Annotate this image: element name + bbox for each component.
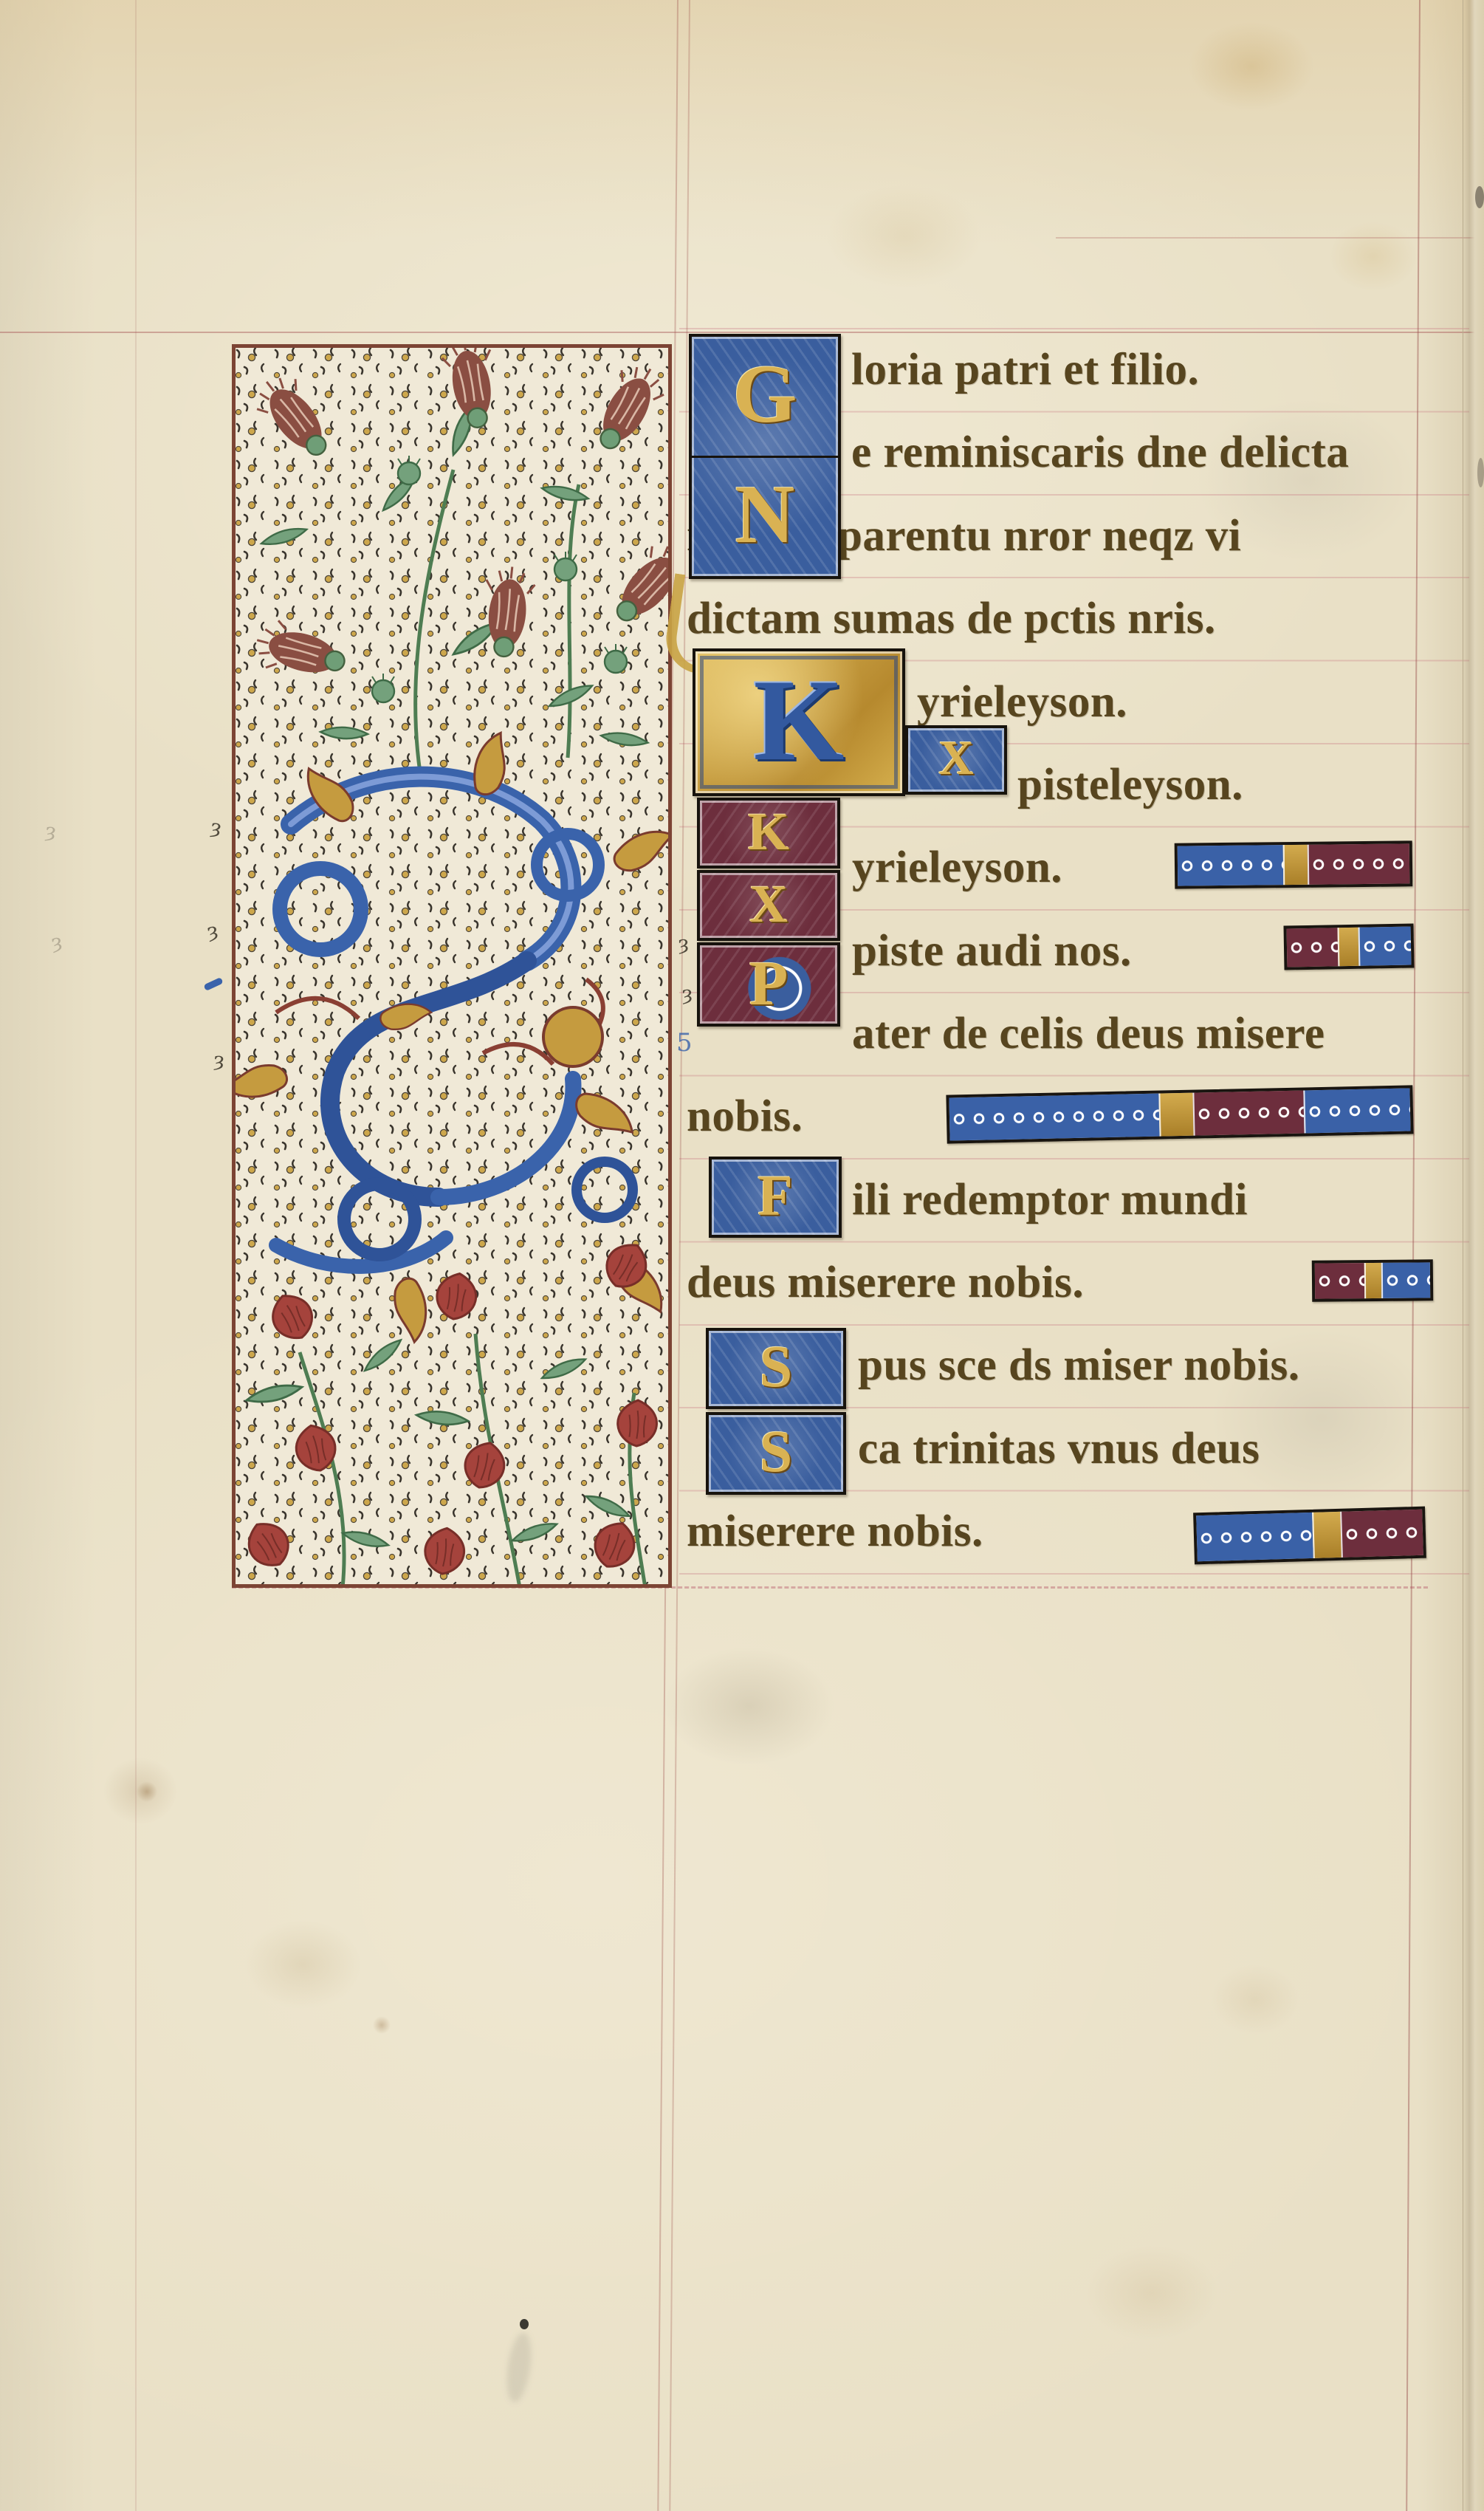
line-text: yrieleyson.: [852, 843, 1062, 892]
illuminated-initial-S: S: [706, 1328, 846, 1409]
ink-speck: [520, 2319, 529, 2329]
line-text: piste audi nos.: [852, 926, 1132, 976]
line-text: nobis.: [687, 1092, 803, 1141]
line-text: ca trinitas vnus deus: [858, 1424, 1260, 1473]
line-filler: [1312, 1259, 1433, 1301]
margin-pen-mark: ȝ: [206, 919, 219, 943]
margin-blue-flourish: [203, 977, 223, 991]
line-text: pus sce ds miser nobis.: [858, 1340, 1299, 1390]
margin-pen-mark: ȝ: [209, 815, 224, 840]
illuminated-initial-G-N: G N: [689, 334, 841, 579]
line-filler: [946, 1085, 1413, 1143]
line-text: miserere nobis.: [687, 1507, 983, 1556]
line-text: loria patri et filio.: [851, 345, 1199, 394]
manuscript-page: ȝ ȝ ȝ ȝ ȝ 5 ȝ ȝ ant.loria patri et filio…: [0, 0, 1484, 2511]
illuminated-initial-X: X: [697, 870, 840, 941]
ruling-margin-vertical: [135, 0, 137, 2511]
illuminated-initial-K-large: K: [693, 648, 905, 796]
illuminated-initial-K: K: [697, 798, 840, 869]
border-panel-art: [232, 344, 672, 1588]
show-through-mark: ȝ: [50, 930, 63, 953]
line-filler: [1283, 923, 1414, 970]
ruling-partial-horizontal: [1056, 237, 1484, 239]
page-edge-shadow: [1475, 186, 1484, 208]
line-filler: [1193, 1507, 1426, 1565]
page-edge: [1463, 0, 1484, 2511]
floral-border-panel: [232, 344, 672, 1588]
illuminated-initial-F: F: [709, 1157, 842, 1238]
initial-letter-G: G: [692, 337, 838, 456]
line-text: deus miserere nobis.: [687, 1258, 1084, 1307]
line-text: e reminiscaris dne delicta: [851, 428, 1349, 477]
ink-smudge: [504, 2331, 535, 2403]
illuminated-initial-S: S: [706, 1412, 846, 1495]
line-text: pisteleyson.: [1017, 760, 1243, 809]
line-filler: [1175, 840, 1413, 888]
illuminated-initial-X: X: [905, 725, 1007, 795]
line-text: dictam sumas de pctis nris.: [687, 594, 1216, 643]
line-text: ili redemptor mundi: [852, 1175, 1248, 1224]
line-text: yrieleyson.: [917, 677, 1127, 727]
show-through-mark: ȝ: [44, 819, 58, 843]
line-text: ater de celis deus misere: [852, 1009, 1325, 1058]
page-edge-shadow: [1477, 458, 1484, 487]
initial-letter-N: N: [692, 456, 838, 577]
illuminated-initial-P: P: [697, 942, 840, 1027]
margin-pen-mark: ȝ: [213, 1048, 225, 1072]
